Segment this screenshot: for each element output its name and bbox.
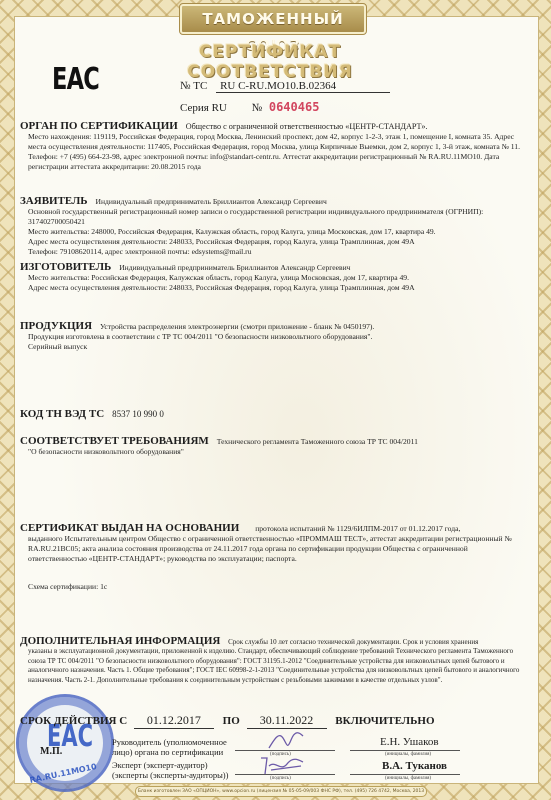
applicant-line: Адрес места осуществления деятельности: … (28, 237, 525, 247)
product-line: Продукция изготовлена в соответствии с Т… (28, 332, 525, 342)
section-heading: СЕРТИФИКАТ ВЫДАН НА ОСНОВАНИИ (20, 522, 239, 534)
manufacturer-section: ИЗГОТОВИТЕЛЬ Индивидуальный предпринимат… (20, 262, 525, 293)
validity-suffix: ВКЛЮЧИТЕЛЬНО (335, 715, 434, 727)
validity-to-label: ПО (223, 715, 240, 727)
head-label-line: Руководитель (уполномоченное (112, 737, 227, 747)
section-heading: ДОПОЛНИТЕЛЬНАЯ ИНФОРМАЦИЯ (20, 635, 220, 647)
head-name: Е.Н. Ушаков (380, 736, 439, 748)
head-name-line (350, 750, 460, 751)
certification-body-section: ОРГАН ПО СЕРТИФИКАЦИИ Общество с огранич… (20, 121, 525, 172)
expert-label-line: Эксперт (эксперт-аудитор) (112, 760, 228, 770)
tc-number-row: № ТС RU C-RU.MO10.B.02364 (180, 80, 390, 93)
head-signature (265, 728, 305, 752)
tc-label: № ТС (180, 80, 207, 92)
blank-printer-footer: Бланк изготовлен ЗАО «ОПЦИОН», www.opcio… (135, 786, 427, 797)
certification-stamp: EAC RA.RU.11MO10 (16, 694, 114, 792)
section-text: указаны в эксплуатационной документации,… (20, 647, 525, 685)
series-row: Серия RU № 0640465 (180, 100, 319, 114)
stamp-reg-number: RA.RU.11MO10 (29, 762, 98, 785)
certificate-title: СЕРТИФИКАТ СООТВЕТСТВИЯ (145, 42, 395, 82)
expert-signature-caption: (подпись) (270, 776, 291, 781)
series-label: Серия (180, 102, 209, 114)
number-label: № (252, 102, 263, 114)
expert-name-caption: (инициалы, фамилия) (385, 776, 431, 781)
expert-label-line: (эксперты (эксперты-аудиторы)) (112, 770, 228, 780)
section-intro: Индивидуальный предприниматель Бриллиант… (96, 197, 327, 206)
applicant-section: ЗАЯВИТЕЛЬ Индивидуальный предприниматель… (20, 196, 525, 257)
tc-number: RU C-RU.MO10.B.02364 (216, 80, 390, 93)
additional-info-section: ДОПОЛНИТЕЛЬНАЯ ИНФОРМАЦИЯ Срок службы 10… (20, 637, 525, 685)
head-label: Руководитель (уполномоченное лицо) орган… (112, 737, 227, 757)
section-text: Место нахождения: 119119, Российская Фед… (20, 132, 525, 172)
section-heading: ПРОДУКЦИЯ (20, 320, 92, 332)
section-heading: ИЗГОТОВИТЕЛЬ (20, 261, 111, 273)
section-heading: КОД ТН ВЭД ТС (20, 408, 104, 420)
section-intro: Индивидуальный предприниматель Бриллиант… (119, 263, 350, 272)
customs-union-banner: ТАМОЖЕННЫЙ СОЮЗ (180, 4, 366, 34)
basis-section: СЕРТИФИКАТ ВЫДАН НА ОСНОВАНИИ протокола … (20, 523, 525, 592)
section-heading: ЗАЯВИТЕЛЬ (20, 195, 88, 207)
conformity-section: СООТВЕТСТВУЕТ ТРЕБОВАНИЯМ Технического р… (20, 436, 525, 457)
series-value: RU (212, 102, 227, 114)
eac-logo-icon: EAC (52, 62, 99, 97)
validity-to-date: 30.11.2022 (247, 713, 327, 729)
expert-name-line (350, 774, 460, 775)
section-intro: протокола испытаний № 1129/6ИЛПМ-2017 от… (255, 524, 460, 533)
manufacturer-line: Адрес места осуществления деятельности: … (28, 283, 525, 293)
expert-label: Эксперт (эксперт-аудитор) (эксперты (экс… (112, 760, 228, 780)
product-line: Серийный выпуск (28, 342, 525, 352)
expert-signature (255, 752, 305, 776)
section-intro: Устройства распределения электроэнергии … (100, 322, 374, 331)
validity-from-date: 01.12.2017 (134, 713, 214, 729)
section-heading: ОРГАН ПО СЕРТИФИКАЦИИ (20, 120, 178, 132)
section-intro: Технического регламента Таможенного союз… (217, 437, 418, 446)
conformity-line: "О безопасности низковольтного оборудова… (20, 447, 525, 457)
hs-code-value: 8537 10 990 0 (112, 409, 164, 419)
validity-row: СРОК ДЕЙСТВИЯ С 01.12.2017 ПО 30.11.2022… (20, 713, 520, 729)
applicant-line: Место жительства: 248000, Российская Фед… (28, 227, 525, 237)
applicant-line: Телефон: 79108620114, адрес электронной … (28, 247, 525, 257)
hs-code-section: КОД ТН ВЭД ТС 8537 10 990 0 (20, 409, 525, 420)
validity-from-label: СРОК ДЕЙСТВИЯ С (20, 715, 127, 727)
blank-number: 0640465 (269, 100, 320, 114)
section-intro: Срок службы 10 лет согласно технической … (228, 638, 478, 646)
applicant-line: Основной государственный регистрационный… (28, 207, 525, 227)
head-name-caption: (инициалы, фамилия) (385, 752, 431, 757)
section-heading: СООТВЕТСТВУЕТ ТРЕБОВАНИЯМ (20, 435, 209, 447)
expert-name: В.А. Туканов (382, 760, 447, 772)
section-intro: Общество с ограниченной ответственностью… (186, 122, 428, 131)
head-label-line: лицо) органа по сертификации (112, 747, 227, 757)
mp-label: М.П. (40, 746, 62, 757)
manufacturer-line: Место жительства: Российская Федерация, … (28, 273, 525, 283)
section-text: выданного Испытательным центром Общество… (20, 534, 525, 564)
product-section: ПРОДУКЦИЯ Устройства распределения элект… (20, 321, 525, 352)
certification-scheme: Схема сертификации: 1с (20, 582, 525, 592)
